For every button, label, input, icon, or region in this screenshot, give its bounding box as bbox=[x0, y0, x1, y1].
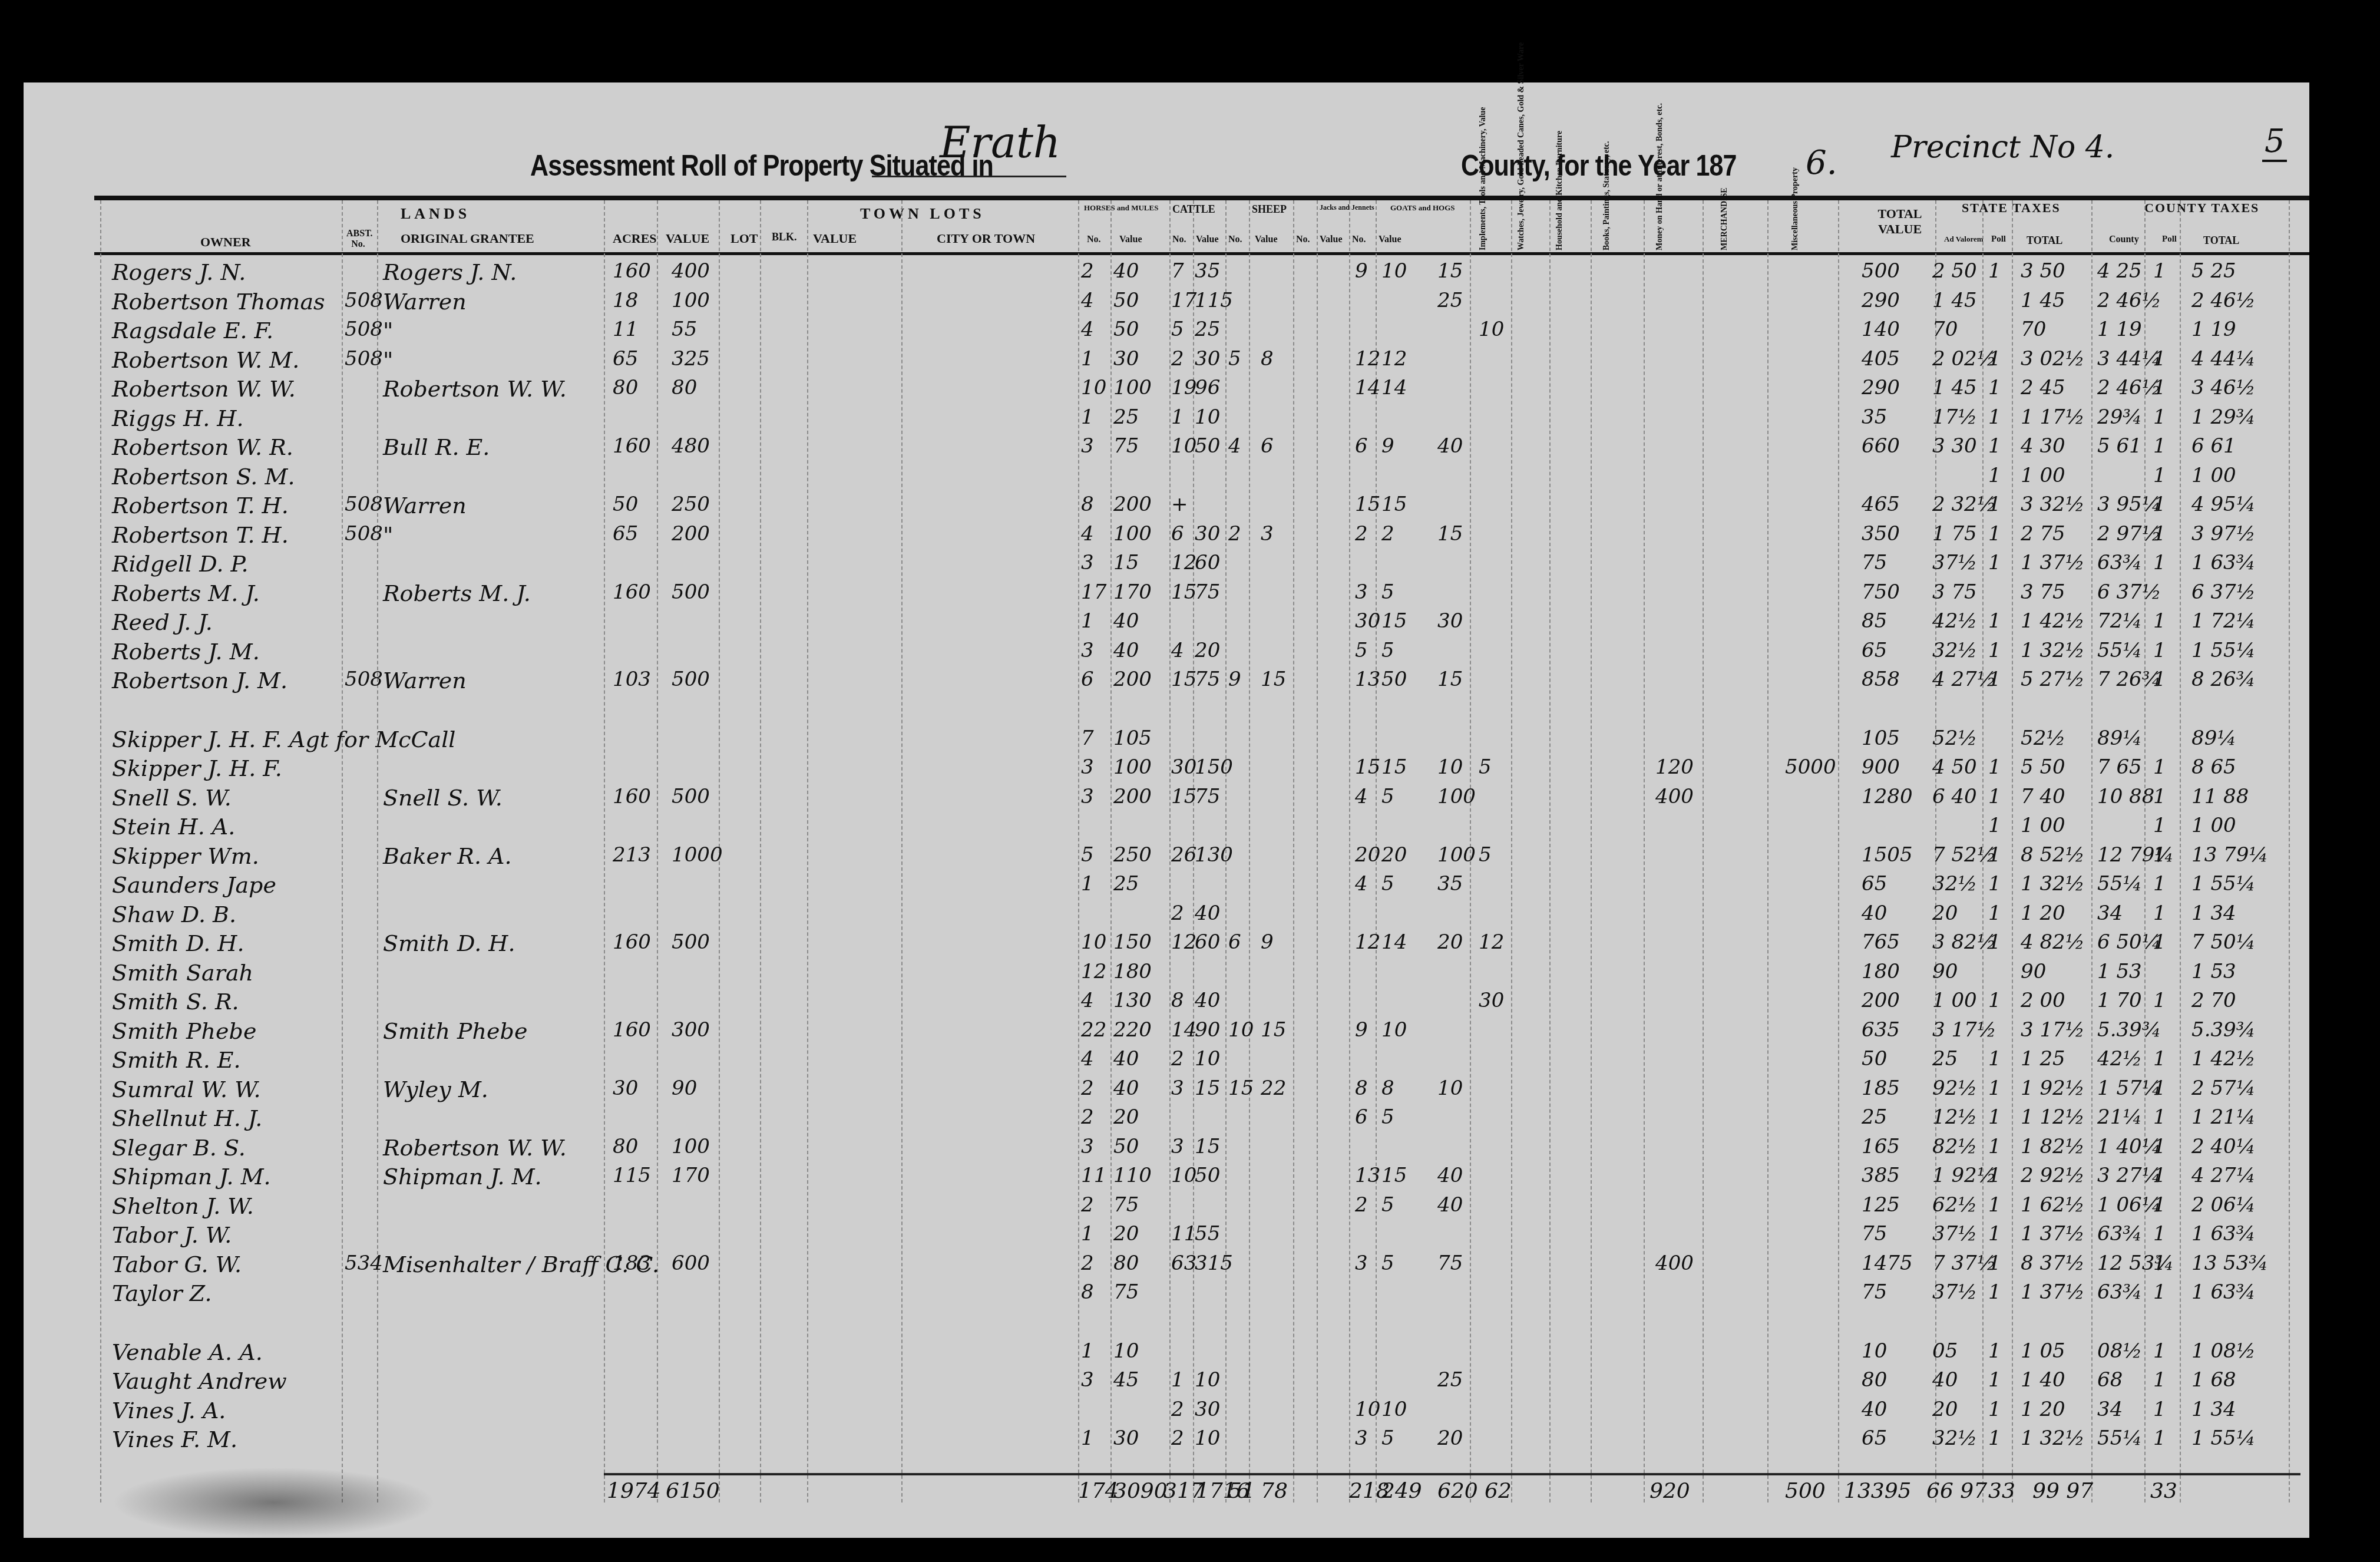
state-poll-cell: 1 bbox=[1988, 609, 2001, 633]
county-tax-cell: 68 bbox=[2097, 1368, 2123, 1392]
county-total-cell: 1 72¼ bbox=[2191, 609, 2256, 633]
total-household: 62 bbox=[1485, 1479, 1512, 1503]
grantee-cell: Warren bbox=[383, 493, 467, 519]
goats-value-cell: 8 bbox=[1381, 1076, 1394, 1100]
land-value-cell: 170 bbox=[672, 1164, 710, 1187]
goats-value-cell: 10 bbox=[1381, 259, 1407, 283]
cattle-value-cell: 315 bbox=[1195, 1251, 1233, 1275]
header-county-poll: Poll bbox=[2162, 235, 2177, 245]
header-goats-no: No. bbox=[1352, 235, 1366, 245]
cattle-value-cell: 96 bbox=[1195, 376, 1220, 399]
header-top-rule bbox=[94, 196, 2309, 200]
owner-cell: Slegar B. S. bbox=[112, 1135, 246, 1161]
implements-cell: 35 bbox=[1437, 872, 1463, 896]
table-row: Robertson T. H.508"652004100630232215350… bbox=[24, 522, 2309, 550]
cattle-value-cell: 115 bbox=[1195, 289, 1233, 312]
header-books-paintings: Books, Paintings, Statuary, etc. bbox=[1602, 200, 1611, 250]
cattle-no-cell: 15 bbox=[1171, 785, 1196, 808]
county-poll-cell: 1 bbox=[2153, 1251, 2166, 1275]
grantee-cell: Baker R. A. bbox=[383, 843, 512, 869]
county-poll-cell: 1 bbox=[2153, 347, 2166, 371]
grantee-cell: Robertson W. W. bbox=[383, 1135, 567, 1161]
county-poll-cell: 1 bbox=[2153, 814, 2166, 837]
goats-value-cell: 5 bbox=[1381, 580, 1394, 604]
owner-cell: Roberts J. M. bbox=[112, 639, 260, 665]
header-town-lots: TOWN LOTS bbox=[860, 205, 985, 223]
table-row: Robertson W. M.508"653251302305812124052… bbox=[24, 347, 2309, 375]
state-total-cell: 4 82½ bbox=[2021, 930, 2085, 954]
owner-cell: Skipper J. H. F. Agt for McCall bbox=[112, 726, 455, 752]
state-total-cell: 1 00 bbox=[2021, 814, 2065, 837]
table-row: Tabor G. W.534Misenhalter / Braff C. C.1… bbox=[24, 1251, 2309, 1280]
horses-value-cell: 130 bbox=[1113, 989, 1152, 1012]
ink-smudge bbox=[112, 1467, 436, 1538]
acres-cell: 213 bbox=[613, 843, 651, 867]
header-household-furniture: Household and Kitchen Furniture bbox=[1555, 200, 1564, 250]
total-sheep-value: 78 bbox=[1261, 1479, 1288, 1503]
table-row: Riggs H. H.1251103517½11 17½29¾11 29¾ bbox=[24, 405, 2309, 434]
implements-cell: 10 bbox=[1437, 755, 1463, 779]
horses-no-cell: 1 bbox=[1081, 1339, 1094, 1363]
cattle-value-cell: 15 bbox=[1195, 1135, 1220, 1158]
state-poll-cell: 1 bbox=[1988, 347, 2001, 371]
state-ad-valorem-cell: 1 75 bbox=[1932, 522, 1977, 546]
county-total-cell: 1 53 bbox=[2191, 960, 2236, 983]
owner-cell: Robertson T. H. bbox=[112, 493, 289, 519]
horses-no-cell: 4 bbox=[1081, 989, 1094, 1012]
goats-no-cell: 3 bbox=[1355, 1251, 1368, 1275]
county-poll-cell: 1 bbox=[2153, 522, 2166, 546]
state-total-cell: 1 12½ bbox=[2021, 1105, 2085, 1129]
header-sheep: SHEEP bbox=[1252, 203, 1287, 216]
horses-value-cell: 10 bbox=[1113, 1339, 1139, 1363]
state-ad-valorem-cell: 37½ bbox=[1932, 1222, 1977, 1246]
cattle-value-cell: 130 bbox=[1195, 843, 1233, 867]
county-poll-cell: 1 bbox=[2153, 405, 2166, 429]
cattle-value-cell: 55 bbox=[1195, 1222, 1220, 1246]
table-row: Robertson W. W.Robertson W. W.8080101001… bbox=[24, 376, 2309, 404]
state-poll-cell: 1 bbox=[1988, 814, 2001, 837]
horses-no-cell: 3 bbox=[1081, 1368, 1094, 1392]
state-poll-cell: 1 bbox=[1988, 434, 2001, 458]
header-goats-hogs: GOATS and HOGS bbox=[1390, 203, 1455, 213]
table-row: Reed J. J.1403015308542½11 42½72¼11 72¼ bbox=[24, 609, 2309, 638]
horses-value-cell: 180 bbox=[1113, 960, 1152, 983]
total-acres: 1974 bbox=[607, 1479, 661, 1503]
state-poll-cell: 1 bbox=[1988, 1280, 2001, 1304]
acres-cell: 115 bbox=[613, 1164, 651, 1187]
header-watches-jewelry: Watches, Jewelry, Gold-headed Canes, Gol… bbox=[1517, 200, 1526, 250]
county-poll-cell: 1 bbox=[2153, 1398, 2166, 1421]
state-total-cell: 3 50 bbox=[2021, 259, 2065, 283]
cattle-no-cell: 3 bbox=[1171, 1076, 1184, 1100]
sheep-no-cell: 4 bbox=[1228, 434, 1241, 458]
county-poll-cell: 1 bbox=[2153, 1135, 2166, 1158]
county-poll-cell: 1 bbox=[2153, 639, 2166, 662]
abst-no-cell: 508 bbox=[345, 493, 383, 516]
total-value-cell: 635 bbox=[1862, 1018, 1900, 1042]
implements-cell: 15 bbox=[1437, 668, 1463, 691]
goats-value-cell: 15 bbox=[1381, 493, 1407, 516]
total-value-cell: 180 bbox=[1862, 960, 1900, 983]
state-poll-cell: 1 bbox=[1988, 376, 2001, 399]
state-total-cell: 52½ bbox=[2021, 726, 2065, 750]
land-value-cell: 480 bbox=[672, 434, 710, 458]
county-total-cell: 1 55¼ bbox=[2191, 872, 2256, 896]
county-total-cell: 13 79¼ bbox=[2191, 843, 2268, 867]
county-poll-cell: 1 bbox=[2153, 989, 2166, 1012]
header-cattle-no: No. bbox=[1172, 235, 1186, 245]
horses-no-cell: 1 bbox=[1081, 872, 1094, 896]
horses-value-cell: 50 bbox=[1113, 289, 1139, 312]
sheep-value-cell: 15 bbox=[1261, 1018, 1286, 1042]
header-money-bonds: Money on Hand or at Interest, Bonds, etc… bbox=[1655, 200, 1664, 250]
county-total-cell: 2 70 bbox=[2191, 989, 2236, 1012]
state-total-cell: 8 52½ bbox=[2021, 843, 2085, 867]
county-total-cell: 1 34 bbox=[2191, 901, 2236, 925]
county-poll-cell: 1 bbox=[2153, 1368, 2166, 1392]
horses-value-cell: 40 bbox=[1113, 1076, 1139, 1100]
goats-no-cell: 12 bbox=[1355, 930, 1380, 954]
county-poll-cell: 1 bbox=[2153, 755, 2166, 779]
goats-value-cell: 15 bbox=[1381, 1164, 1407, 1187]
county-total-cell: 2 06¼ bbox=[2191, 1193, 2256, 1217]
state-ad-valorem-cell: 17½ bbox=[1932, 405, 1977, 429]
header-total-value: TOTAL VALUE bbox=[1873, 206, 1926, 237]
cattle-value-cell: 10 bbox=[1195, 1426, 1220, 1450]
county-poll-cell: 1 bbox=[2153, 493, 2166, 516]
horses-no-cell: 4 bbox=[1081, 522, 1094, 546]
cattle-no-cell: 2 bbox=[1171, 1398, 1184, 1421]
goats-value-cell: 14 bbox=[1381, 930, 1407, 954]
horses-no-cell: 2 bbox=[1081, 1105, 1094, 1129]
table-row: Vines F. M.13021035206532½11 32½55¼11 55… bbox=[24, 1426, 2309, 1455]
total-value-cell: 350 bbox=[1862, 522, 1900, 546]
horses-value-cell: 40 bbox=[1113, 609, 1139, 633]
table-row: Skipper J. H. F. Agt for McCall710510552… bbox=[24, 726, 2309, 755]
cattle-value-cell: 35 bbox=[1195, 259, 1220, 283]
county-tax-cell: 21¼ bbox=[2097, 1105, 2142, 1129]
horses-value-cell: 75 bbox=[1113, 1280, 1139, 1304]
horses-value-cell: 150 bbox=[1113, 930, 1152, 954]
county-tax-cell: 3 95¼ bbox=[2097, 493, 2161, 516]
state-ad-valorem-cell: 92½ bbox=[1932, 1076, 1977, 1100]
owner-cell: Vaught Andrew bbox=[112, 1368, 287, 1394]
owner-cell: Tabor G. W. bbox=[112, 1251, 242, 1277]
horses-no-cell: 3 bbox=[1081, 639, 1094, 662]
cattle-value-cell: 15 bbox=[1195, 1076, 1220, 1100]
state-total-cell: 70 bbox=[2021, 318, 2046, 341]
state-poll-cell: 1 bbox=[1988, 259, 2001, 283]
land-value-cell: 100 bbox=[672, 289, 710, 312]
table-row: Smith PhebeSmith Phebe160300222201490101… bbox=[24, 1018, 2309, 1046]
county-tax-cell: 1 57¼ bbox=[2097, 1076, 2161, 1100]
header-implements: Implements, Tools and Machinery, Value bbox=[1479, 200, 1487, 250]
county-poll-cell: 1 bbox=[2153, 1193, 2166, 1217]
cattle-value-cell: 30 bbox=[1195, 522, 1220, 546]
land-value-cell: 250 bbox=[672, 493, 710, 516]
total-implements: 620 bbox=[1437, 1479, 1478, 1503]
table-row: Roberts J. M.340420556532½11 32½55¼11 55… bbox=[24, 639, 2309, 667]
owner-cell: Ragsdale E. F. bbox=[112, 318, 273, 344]
total-value-cell: 25 bbox=[1862, 1105, 1887, 1129]
total-value-cell: 65 bbox=[1862, 639, 1887, 662]
owner-cell: Robertson W. M. bbox=[112, 347, 299, 373]
assessment-roll-page: Assessment Roll of Property Situated in … bbox=[24, 82, 2309, 1538]
horses-no-cell: 2 bbox=[1081, 1076, 1094, 1100]
money-cell: 400 bbox=[1655, 1251, 1694, 1275]
state-poll-cell: 1 bbox=[1988, 1339, 2001, 1363]
state-total-cell: 1 17½ bbox=[2021, 405, 2085, 429]
county-total-cell: 1 55¼ bbox=[2191, 1426, 2256, 1450]
county-tax-cell: 29¾ bbox=[2097, 405, 2142, 429]
implements-cell: 100 bbox=[1437, 785, 1476, 808]
implements-cell: 30 bbox=[1437, 609, 1463, 633]
goats-value-cell: 12 bbox=[1381, 347, 1407, 371]
land-value-cell: 80 bbox=[672, 376, 697, 399]
grantee-cell: Rogers J. N. bbox=[383, 259, 517, 285]
total-value-cell: 140 bbox=[1862, 318, 1900, 341]
goats-no-cell: 15 bbox=[1355, 493, 1380, 516]
horses-no-cell: 2 bbox=[1081, 259, 1094, 283]
abst-no-cell: 508 bbox=[345, 668, 383, 691]
header-city-or-town: CITY OR TOWN bbox=[937, 231, 1035, 246]
county-total-cell: 2 40¼ bbox=[2191, 1135, 2256, 1158]
cattle-value-cell: 75 bbox=[1195, 785, 1220, 808]
acres-cell: 30 bbox=[613, 1076, 638, 1100]
total-value-cell: 50 bbox=[1862, 1047, 1887, 1071]
horses-no-cell: 10 bbox=[1081, 376, 1106, 399]
goats-no-cell: 15 bbox=[1355, 755, 1380, 779]
horses-value-cell: 200 bbox=[1113, 493, 1152, 516]
abst-no-cell: 508 bbox=[345, 289, 383, 312]
state-ad-valorem-cell: 4 27½ bbox=[1932, 668, 1996, 691]
county-tax-cell: 2 97½ bbox=[2097, 522, 2161, 546]
sheep-no-cell: 10 bbox=[1228, 1018, 1254, 1042]
header-horses-no: No. bbox=[1087, 235, 1101, 245]
county-poll-cell: 1 bbox=[2153, 1222, 2166, 1246]
goats-no-cell: 8 bbox=[1355, 1076, 1368, 1100]
table-row: Skipper J. H. F.310030150151510512050009… bbox=[24, 755, 2309, 784]
state-total-cell: 1 92½ bbox=[2021, 1076, 2085, 1100]
county-total-cell: 8 65 bbox=[2191, 755, 2236, 779]
goats-no-cell: 20 bbox=[1355, 843, 1380, 867]
state-ad-valorem-cell: 82½ bbox=[1932, 1135, 1977, 1158]
horses-no-cell: 5 bbox=[1081, 843, 1094, 867]
implements-cell: 15 bbox=[1437, 259, 1463, 283]
state-ad-valorem-cell: 90 bbox=[1932, 960, 1958, 983]
state-poll-cell: 1 bbox=[1988, 1251, 2001, 1275]
county-total-cell: 1 00 bbox=[2191, 464, 2236, 487]
state-poll-cell: 1 bbox=[1988, 1105, 2001, 1129]
county-total-cell: 1 63¾ bbox=[2191, 1280, 2256, 1304]
county-tax-cell: 42½ bbox=[2097, 1047, 2142, 1071]
implements-cell: 40 bbox=[1437, 1193, 1463, 1217]
total-value-cell: 1280 bbox=[1862, 785, 1913, 808]
county-total-cell: 13 53¾ bbox=[2191, 1251, 2268, 1275]
cattle-value-cell: 30 bbox=[1195, 1398, 1220, 1421]
goats-no-cell: 5 bbox=[1355, 639, 1368, 662]
horses-value-cell: 45 bbox=[1113, 1368, 1139, 1392]
goats-value-cell: 5 bbox=[1381, 1426, 1394, 1450]
total-horses-value: 3090 bbox=[1113, 1479, 1168, 1503]
implements-cell: 20 bbox=[1437, 1426, 1463, 1450]
owner-cell: Roberts M. J. bbox=[112, 580, 260, 606]
header-state-poll: Poll bbox=[1991, 235, 2006, 245]
cattle-no-cell: 12 bbox=[1171, 930, 1196, 954]
table-row: Ragsdale E. F.508"11554505251014070701 1… bbox=[24, 318, 2309, 346]
owner-cell: Robertson J. M. bbox=[112, 668, 287, 694]
county-poll-cell: 1 bbox=[2153, 609, 2166, 633]
header-sheep-value: Value bbox=[1255, 235, 1278, 245]
county-total-cell: 1 63¾ bbox=[2191, 1222, 2256, 1246]
title-text-suffix: County, for the Year 187 bbox=[1461, 148, 1737, 183]
cattle-value-cell: 50 bbox=[1195, 1164, 1220, 1187]
cattle-no-cell: 14 bbox=[1171, 1018, 1196, 1042]
state-poll-cell: 1 bbox=[1988, 1368, 2001, 1392]
acres-cell: 50 bbox=[613, 493, 638, 516]
state-total-cell: 1 37½ bbox=[2021, 1280, 2085, 1304]
county-tax-cell: 10 88 bbox=[2097, 785, 2154, 808]
acres-cell: 160 bbox=[613, 930, 651, 954]
table-row: Robertson Thomas508Warren181004501711525… bbox=[24, 289, 2309, 317]
county-poll-cell: 1 bbox=[2153, 434, 2166, 458]
owner-cell: Reed J. J. bbox=[112, 609, 213, 635]
header-goats-value: Value bbox=[1379, 235, 1401, 245]
state-ad-valorem-cell: 40 bbox=[1932, 1368, 1958, 1392]
total-value-cell: 405 bbox=[1862, 347, 1900, 371]
county-tax-cell: 89¼ bbox=[2097, 726, 2142, 750]
header-lot: LOT bbox=[730, 231, 758, 246]
household-cell: 12 bbox=[1479, 930, 1504, 954]
state-ad-valorem-cell: 3 82½ bbox=[1932, 930, 1996, 954]
state-ad-valorem-cell: 32½ bbox=[1932, 1426, 1977, 1450]
county-name: Erath bbox=[940, 118, 1060, 167]
cattle-no-cell: 26 bbox=[1171, 843, 1196, 867]
cattle-no-cell: 6 bbox=[1171, 522, 1184, 546]
implements-cell: 25 bbox=[1437, 1368, 1463, 1392]
header-jacks-jennets: Jacks and Jennets bbox=[1320, 203, 1374, 212]
cattle-no-cell: + bbox=[1171, 493, 1188, 516]
state-poll-cell: 1 bbox=[1988, 785, 2001, 808]
state-ad-valorem-cell: 12½ bbox=[1932, 1105, 1977, 1129]
owner-cell: Stein H. A. bbox=[112, 814, 235, 840]
total-value-cell: 185 bbox=[1862, 1076, 1900, 1100]
horses-value-cell: 105 bbox=[1113, 726, 1152, 750]
cattle-no-cell: 30 bbox=[1171, 755, 1196, 779]
state-total-cell: 1 20 bbox=[2021, 1398, 2065, 1421]
goats-value-cell: 50 bbox=[1381, 668, 1407, 691]
state-poll-cell: 1 bbox=[1988, 989, 2001, 1012]
county-total-cell: 1 29¾ bbox=[2191, 405, 2256, 429]
county-poll-cell: 1 bbox=[2153, 1076, 2166, 1100]
horses-value-cell: 110 bbox=[1113, 1164, 1152, 1187]
horses-value-cell: 100 bbox=[1113, 755, 1152, 779]
header-blk: BLK. bbox=[772, 231, 797, 243]
state-total-cell: 1 37½ bbox=[2021, 1222, 2085, 1246]
state-total-cell: 4 30 bbox=[2021, 434, 2065, 458]
header-sheep-no: No. bbox=[1228, 235, 1242, 245]
total-horses-no: 174 bbox=[1078, 1479, 1119, 1503]
land-value-cell: 600 bbox=[672, 1251, 710, 1275]
horses-value-cell: 220 bbox=[1113, 1018, 1152, 1042]
sheep-no-cell: 5 bbox=[1228, 347, 1241, 371]
acres-cell: 80 bbox=[613, 376, 638, 399]
sheep-no-cell: 2 bbox=[1228, 522, 1241, 546]
state-ad-valorem-cell: 25 bbox=[1932, 1047, 1958, 1071]
header-bottom-rule bbox=[94, 252, 2309, 255]
state-total-cell: 1 37½ bbox=[2021, 551, 2085, 574]
goats-no-cell: 6 bbox=[1355, 1105, 1368, 1129]
state-total-cell: 1 32½ bbox=[2021, 872, 2085, 896]
state-total-cell: 1 40 bbox=[2021, 1368, 2065, 1392]
land-value-cell: 400 bbox=[672, 259, 710, 283]
county-poll-cell: 1 bbox=[2153, 1105, 2166, 1129]
total-land-value: 6150 bbox=[666, 1479, 720, 1503]
county-tax-cell: 55¼ bbox=[2097, 1426, 2142, 1450]
state-ad-valorem-cell: 2 50 bbox=[1932, 259, 1977, 283]
year-suffix: 6. bbox=[1806, 144, 1837, 182]
money-cell: 120 bbox=[1655, 755, 1694, 779]
state-ad-valorem-cell: 70 bbox=[1932, 318, 1958, 341]
table-row: Smith R. E.440210502511 2542½11 42½ bbox=[24, 1047, 2309, 1075]
abst-no-cell: 508 bbox=[345, 318, 383, 341]
land-value-cell: 300 bbox=[672, 1018, 710, 1042]
goats-value-cell: 5 bbox=[1381, 872, 1394, 896]
cattle-no-cell: 7 bbox=[1171, 259, 1184, 283]
goats-no-cell: 30 bbox=[1355, 609, 1380, 633]
state-total-cell: 1 45 bbox=[2021, 289, 2065, 312]
owner-cell: Riggs H. H. bbox=[112, 405, 244, 431]
horses-value-cell: 80 bbox=[1113, 1251, 1139, 1275]
county-tax-cell: 7 65 bbox=[2097, 755, 2142, 779]
state-poll-cell: 1 bbox=[1988, 493, 2001, 516]
header-state-taxes: STATE TAXES bbox=[1962, 200, 2061, 216]
horses-no-cell: 3 bbox=[1081, 551, 1094, 574]
county-tax-cell: 1 70 bbox=[2097, 989, 2142, 1012]
table-row: Robertson W. R.Bull R. E.160480375105046… bbox=[24, 434, 2309, 463]
county-total-cell: 1 34 bbox=[2191, 1398, 2236, 1421]
grantee-cell: " bbox=[383, 318, 393, 344]
header-abst-no: ABST. No. bbox=[346, 229, 370, 250]
total-value-cell: 10 bbox=[1862, 1339, 1887, 1363]
state-total-cell: 3 02½ bbox=[2021, 347, 2085, 371]
acres-cell: 183 bbox=[613, 1251, 651, 1275]
county-tax-cell: 5 61 bbox=[2097, 434, 2142, 458]
land-value-cell: 500 bbox=[672, 668, 710, 691]
table-row: Shellnut H. J.220652512½11 12½21¼11 21¼ bbox=[24, 1105, 2309, 1134]
total-value-cell: 1505 bbox=[1862, 843, 1913, 867]
sheep-no-cell: 15 bbox=[1228, 1076, 1254, 1100]
goats-no-cell: 9 bbox=[1355, 259, 1368, 283]
goats-value-cell: 5 bbox=[1381, 639, 1394, 662]
total-misc: 500 bbox=[1785, 1479, 1826, 1503]
state-total-cell: 3 32½ bbox=[2021, 493, 2085, 516]
horses-no-cell: 1 bbox=[1081, 1426, 1094, 1450]
owner-cell: Smith D. H. bbox=[112, 930, 244, 956]
county-tax-cell: 34 bbox=[2097, 901, 2123, 925]
cattle-no-cell: 4 bbox=[1171, 639, 1184, 662]
total-value-cell: 165 bbox=[1862, 1135, 1900, 1158]
abst-no-cell: 508 bbox=[345, 347, 383, 371]
land-value-cell: 500 bbox=[672, 785, 710, 808]
state-poll-cell: 1 bbox=[1988, 1135, 2001, 1158]
goats-value-cell: 5 bbox=[1381, 1251, 1394, 1275]
state-ad-valorem-cell: 37½ bbox=[1932, 1280, 1977, 1304]
county-tax-cell: 2 46½ bbox=[2097, 289, 2161, 312]
total-value-cell: 65 bbox=[1862, 872, 1887, 896]
total-value-cell: 1475 bbox=[1862, 1251, 1913, 1275]
